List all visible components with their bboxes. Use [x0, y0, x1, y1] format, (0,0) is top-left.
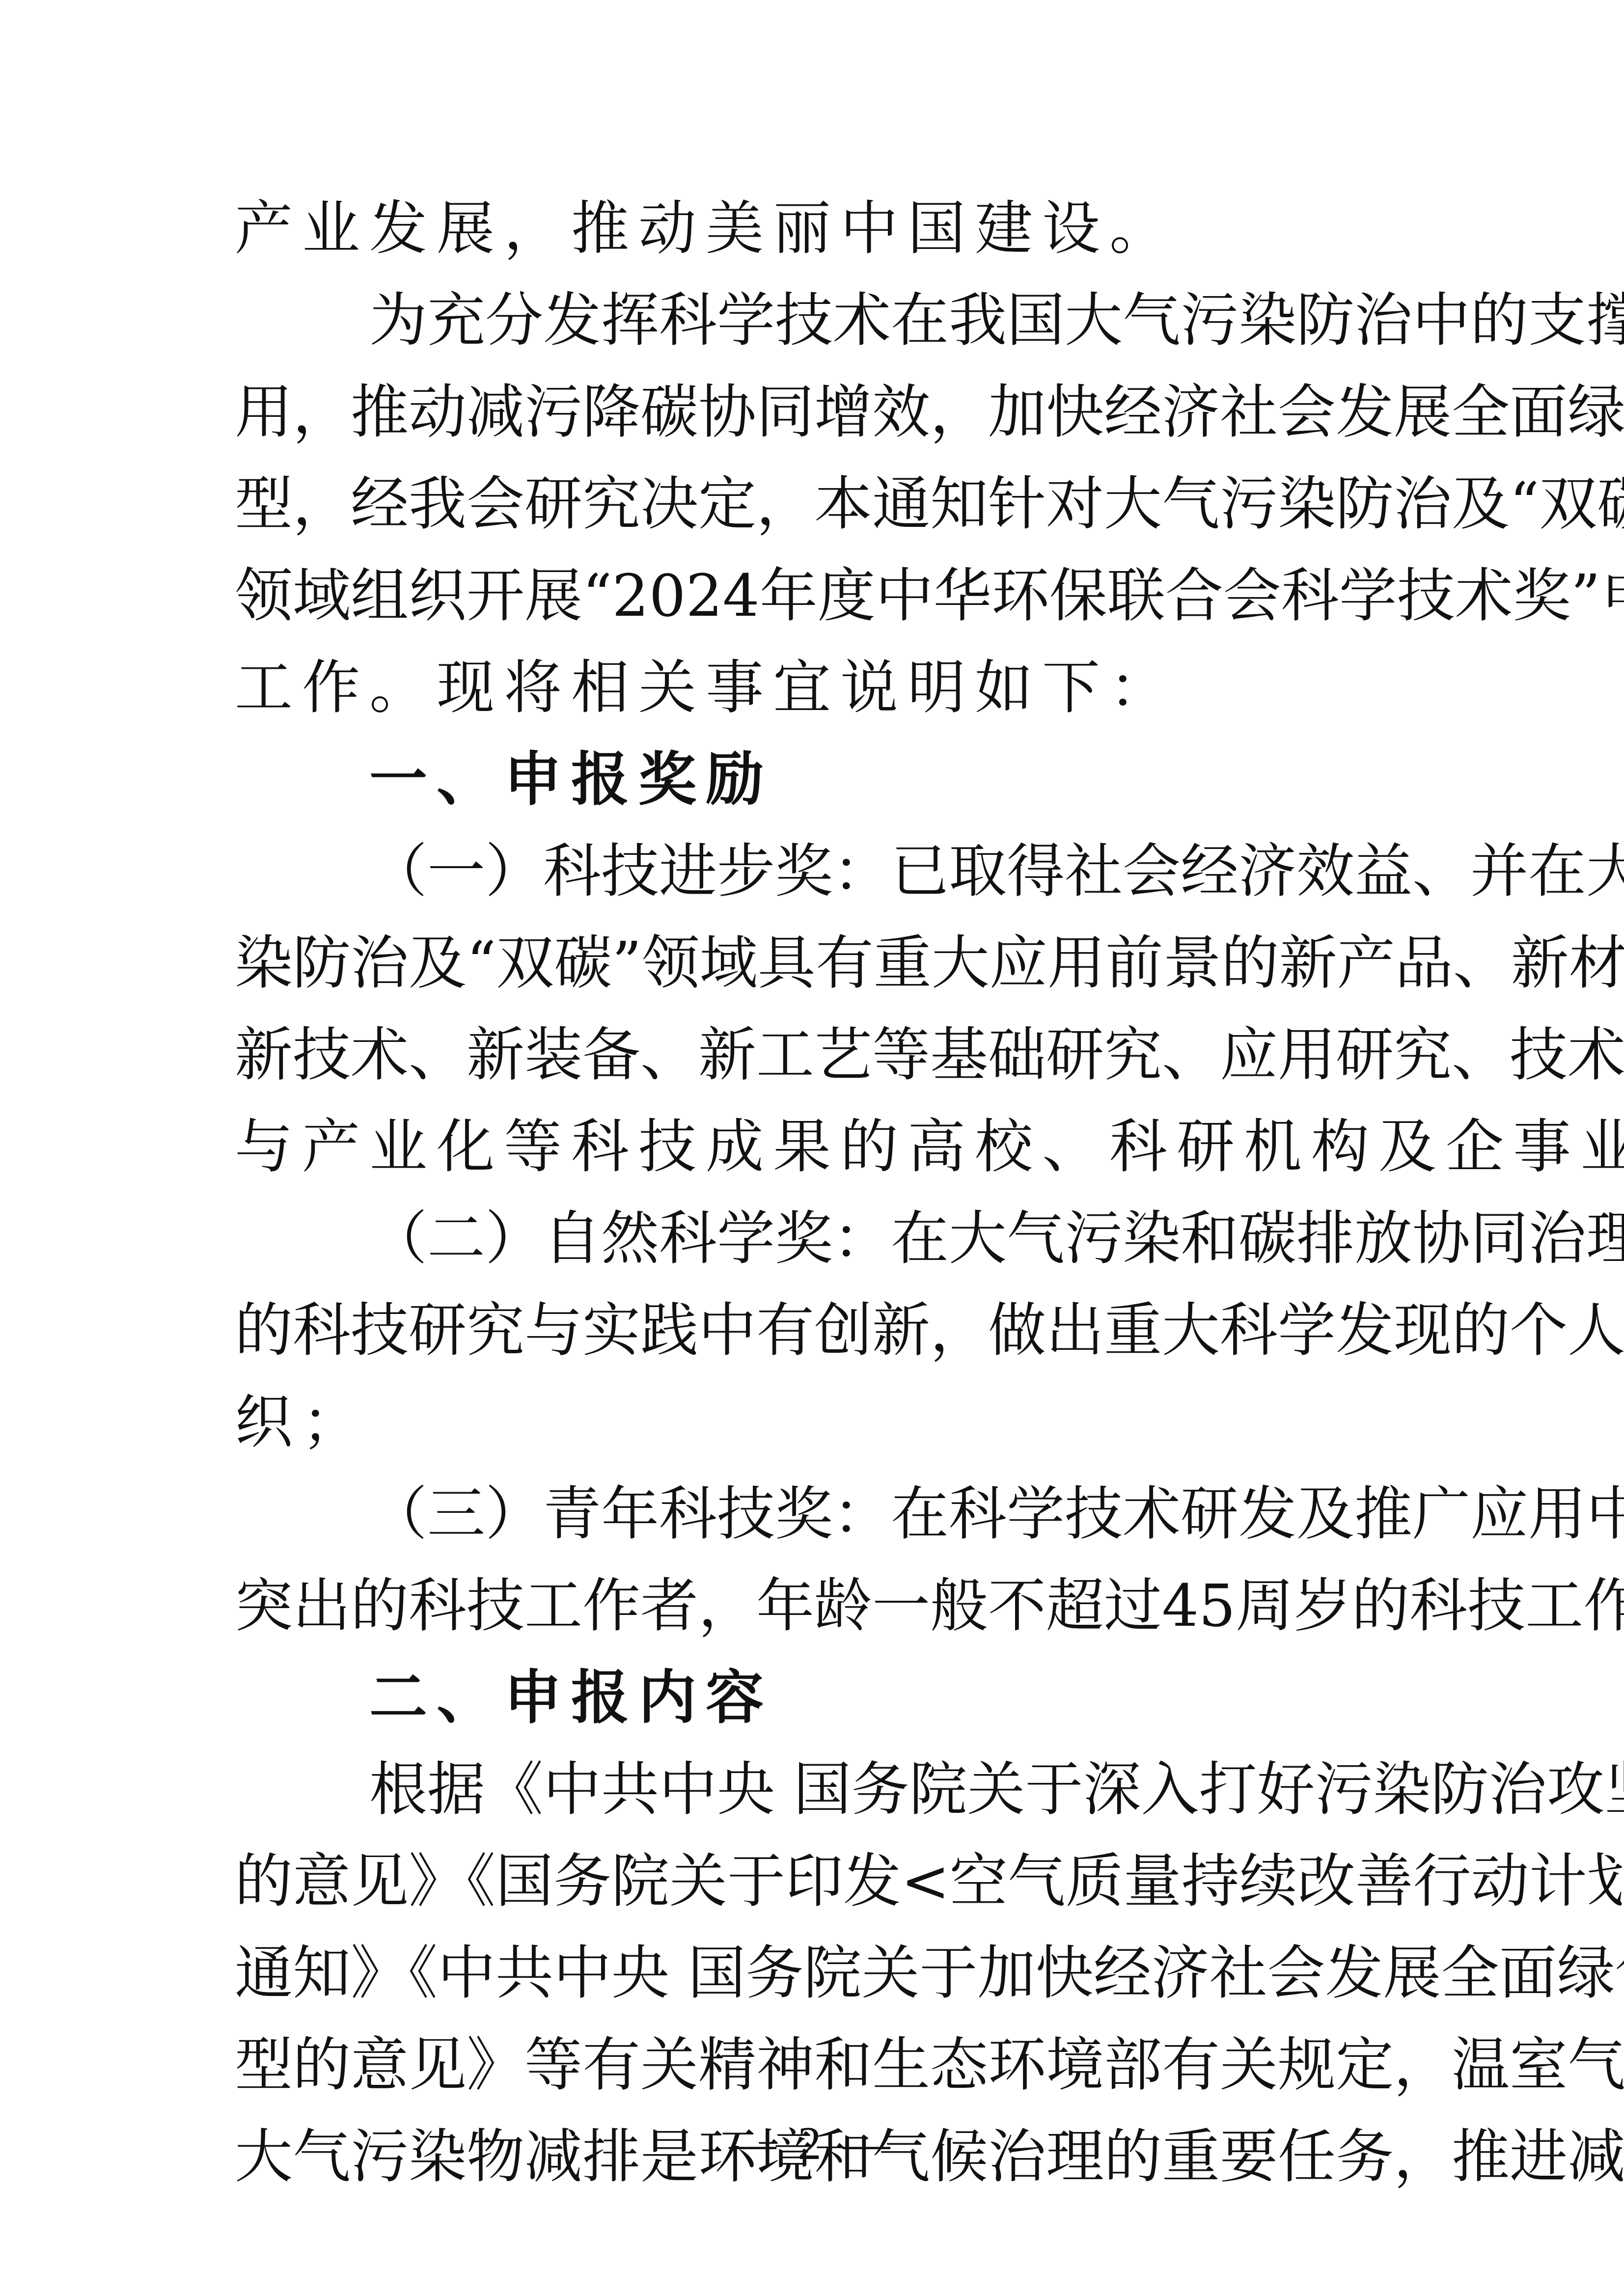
paragraph-basis-start: 根据《中共中央 国务院关于深入打好污染防治攻坚战 — [235, 1744, 1384, 1835]
section-heading-awards: 一、申报奖励 — [235, 734, 1384, 825]
section-heading-content: 二、申报内容 — [235, 1652, 1384, 1744]
text-line: 型的意见》等有关精神和生态环境部有关规定，温室气体与 — [235, 2019, 1384, 2111]
item-tech-progress-award: （一）科技进步奖：已取得社会经济效益、并在大气污 — [235, 825, 1384, 917]
text-line: 突出的科技工作者，年龄一般不超过45周岁的科技工作者。 — [235, 1560, 1384, 1652]
paragraph-intro-start: 为充分发挥科学技术在我国大气污染防治中的支撑作 — [235, 274, 1384, 366]
document-page: 产业发展，推动美丽中国建设。 为充分发挥科学技术在我国大气污染防治中的支撑作 用… — [0, 0, 1624, 2296]
item-natural-science-award: （二）自然科学奖：在大气污染和碳排放协同治理领域 — [235, 1193, 1384, 1285]
page-number: — 2 — — [0, 2111, 1624, 2175]
document-body: 产业发展，推动美丽中国建设。 为充分发挥科学技术在我国大气污染防治中的支撑作 用… — [235, 183, 1384, 2203]
text-line: 织； — [235, 1376, 1384, 1468]
text-line: 领域组织开展“2024年度中华环保联合会科学技术奖”申报 — [235, 550, 1384, 642]
text-line: 产业发展，推动美丽中国建设。 — [235, 183, 1384, 274]
text-line: 与产业化等科技成果的高校、科研机构及企事业单位； — [235, 1101, 1384, 1193]
text-line: 染防治及“双碳”领域具有重大应用前景的新产品、新材料、 — [235, 917, 1384, 1009]
text-line: 新技术、新装备、新工艺等基础研究、应用研究、技术开发 — [235, 1009, 1384, 1101]
text-line: 的科技研究与实践中有创新，做出重大科学发现的个人和组 — [235, 1285, 1384, 1376]
text-line: 通知》《中共中央 国务院关于加快经济社会发展全面绿色转 — [235, 1927, 1384, 2019]
text-line: 的意见》《国务院关于印发<空气质量持续改善行动计划>的 — [235, 1835, 1384, 1927]
text-line: 用，推动减污降碳协同增效，加快经济社会发展全面绿色转 — [235, 366, 1384, 458]
text-line: 型，经我会研究决定，本通知针对大气污染防治及“双碳” — [235, 458, 1384, 550]
item-youth-tech-award: （三）青年科技奖：在科学技术研发及推广应用中成绩 — [235, 1468, 1384, 1560]
text-line: 工作。现将相关事宜说明如下： — [235, 642, 1384, 734]
